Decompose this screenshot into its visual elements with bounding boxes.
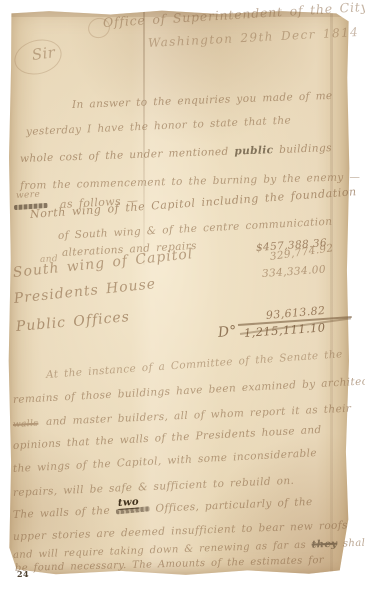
struck-out-word-scribble [116,506,150,514]
salutation: Sir [31,45,56,63]
struck-out-word-they: they [311,539,337,551]
struck-out-word: walls [13,420,39,430]
manuscript-scan: Office of Superintendent of the City Was… [0,0,365,592]
body-line-text: shall [337,538,365,550]
inserted-word: were [16,191,41,201]
retouched-word-public: public [234,144,273,157]
page-number: 24 [17,570,29,578]
body-line-text: buildings [273,142,332,156]
total-currency-prefix: D° [217,324,237,340]
